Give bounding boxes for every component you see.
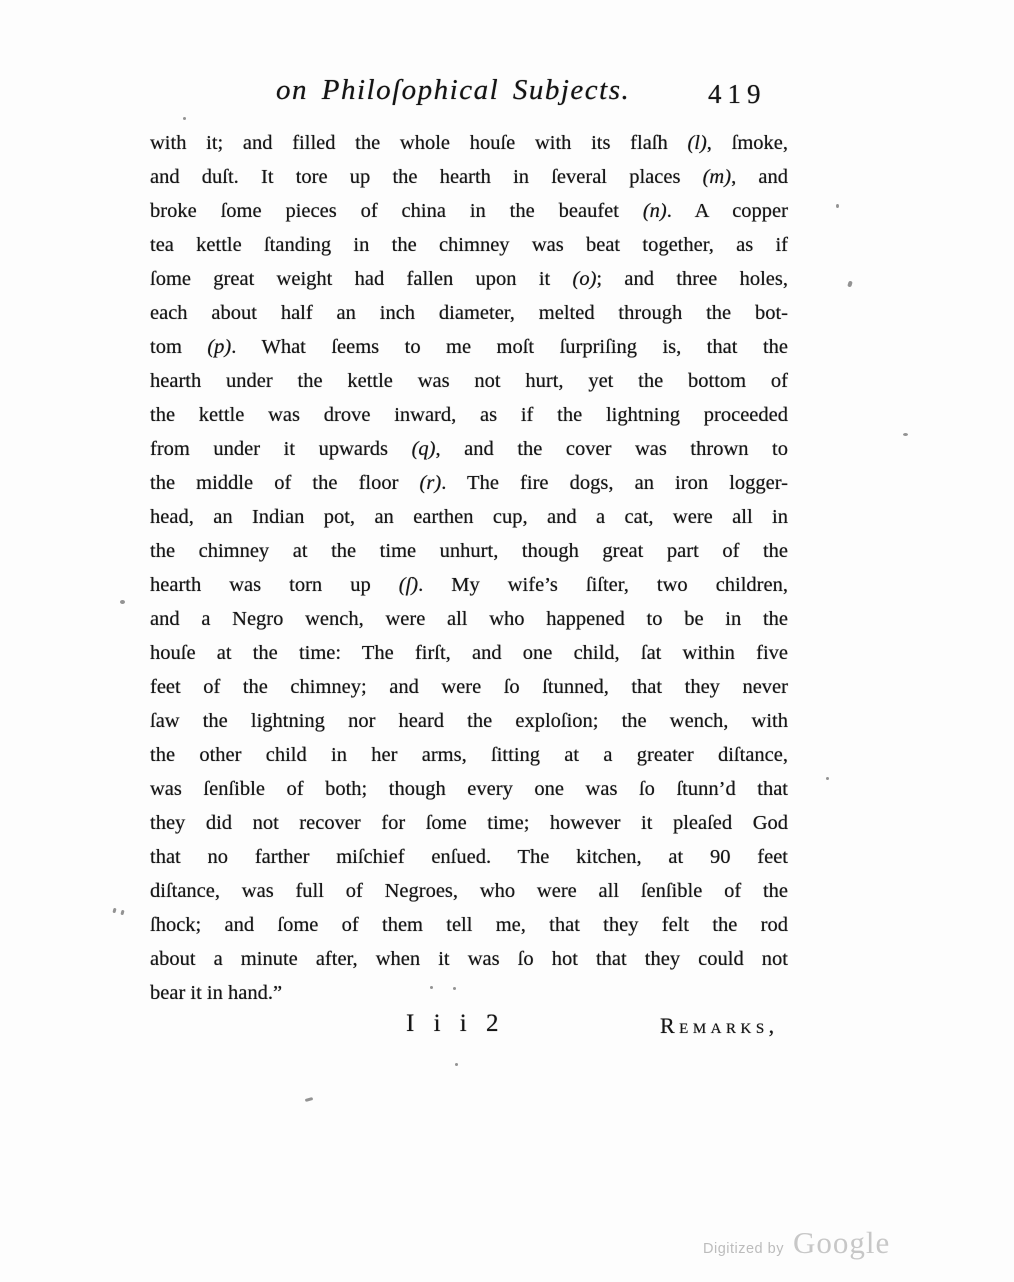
body-text-line: with it; and filled the whole houſe with… (150, 126, 788, 160)
signature-mark: I i i 2 (406, 1010, 499, 1038)
page-number: 419 (708, 79, 767, 110)
catchword: Remarks, (660, 1013, 779, 1039)
body-text-line: hearth under the kettle was not hurt, ye… (150, 364, 788, 398)
body-text-line: tea kettle ſtanding in the chimney was b… (150, 228, 788, 262)
body-text-line: tom (p). What ſeems to me moſt ſurpriſin… (150, 330, 788, 364)
google-logo: Google (793, 1225, 890, 1261)
body-text-line: broke ſome pieces of china in the beaufe… (150, 194, 788, 228)
scan-speck (455, 1063, 458, 1066)
scan-speck (453, 987, 456, 990)
scan-speck (826, 777, 829, 780)
body-text-line: bear it in hand.” (150, 976, 788, 1010)
scan-speck (836, 204, 839, 208)
scan-speck (112, 908, 116, 914)
running-title: on Philoſophical Subjects. (276, 74, 630, 107)
body-text-line: feet of the chimney; and were ſo ſtunned… (150, 670, 788, 704)
body-text-line: ſhock; and ſome of them tell me, that th… (150, 908, 788, 942)
body-text-line: from under it upwards (q), and the cover… (150, 432, 788, 466)
body-text-line: was ſenſible of both; though every one w… (150, 772, 788, 806)
digitized-by-label: Digitized by (703, 1241, 784, 1257)
body-text-line: and a Negro wench, were all who happened… (150, 602, 788, 636)
body-text-line: each about half an inch diameter, melted… (150, 296, 788, 330)
body-text-line: the chimney at the time unhurt, though g… (150, 534, 788, 568)
scan-speck (305, 1097, 314, 1102)
body-text-line: they did not recover for ſome time; howe… (150, 806, 788, 840)
scan-speck (903, 433, 908, 436)
body-text-line: the other child in her arms, ſitting at … (150, 738, 788, 772)
scan-speck (120, 600, 125, 604)
body-text-line: and duſt. It tore up the hearth in ſever… (150, 160, 788, 194)
body-text-line: ſaw the lightning nor heard the exploſio… (150, 704, 788, 738)
body-text-line: ſome great weight had fallen upon it (o)… (150, 262, 788, 296)
google-watermark: Digitized by Google (703, 1225, 890, 1261)
body-text-line: diſtance, was full of Negroes, who were … (150, 874, 788, 908)
body-text-line: about a minute after, when it was ſo hot… (150, 942, 788, 976)
scan-speck (847, 281, 853, 288)
scan-speck (120, 910, 124, 916)
body-text-line: head, an Indian pot, an earthen cup, and… (150, 500, 788, 534)
scanned-book-page: on Philoſophical Subjects. 419 with it; … (0, 0, 1014, 1282)
body-text-line: the middle of the floor (r). The fire do… (150, 466, 788, 500)
body-text-line: houſe at the time: The firſt, and one ch… (150, 636, 788, 670)
page-body-text: with it; and filled the whole houſe with… (150, 126, 788, 1010)
scan-speck (430, 986, 433, 989)
body-text-line: hearth was torn up (ſ). My wife’s ſiſter… (150, 568, 788, 602)
body-text-line: that no farther miſchief enſued. The kit… (150, 840, 788, 874)
body-text-line: the kettle was drove inward, as if the l… (150, 398, 788, 432)
scan-speck (183, 117, 186, 120)
